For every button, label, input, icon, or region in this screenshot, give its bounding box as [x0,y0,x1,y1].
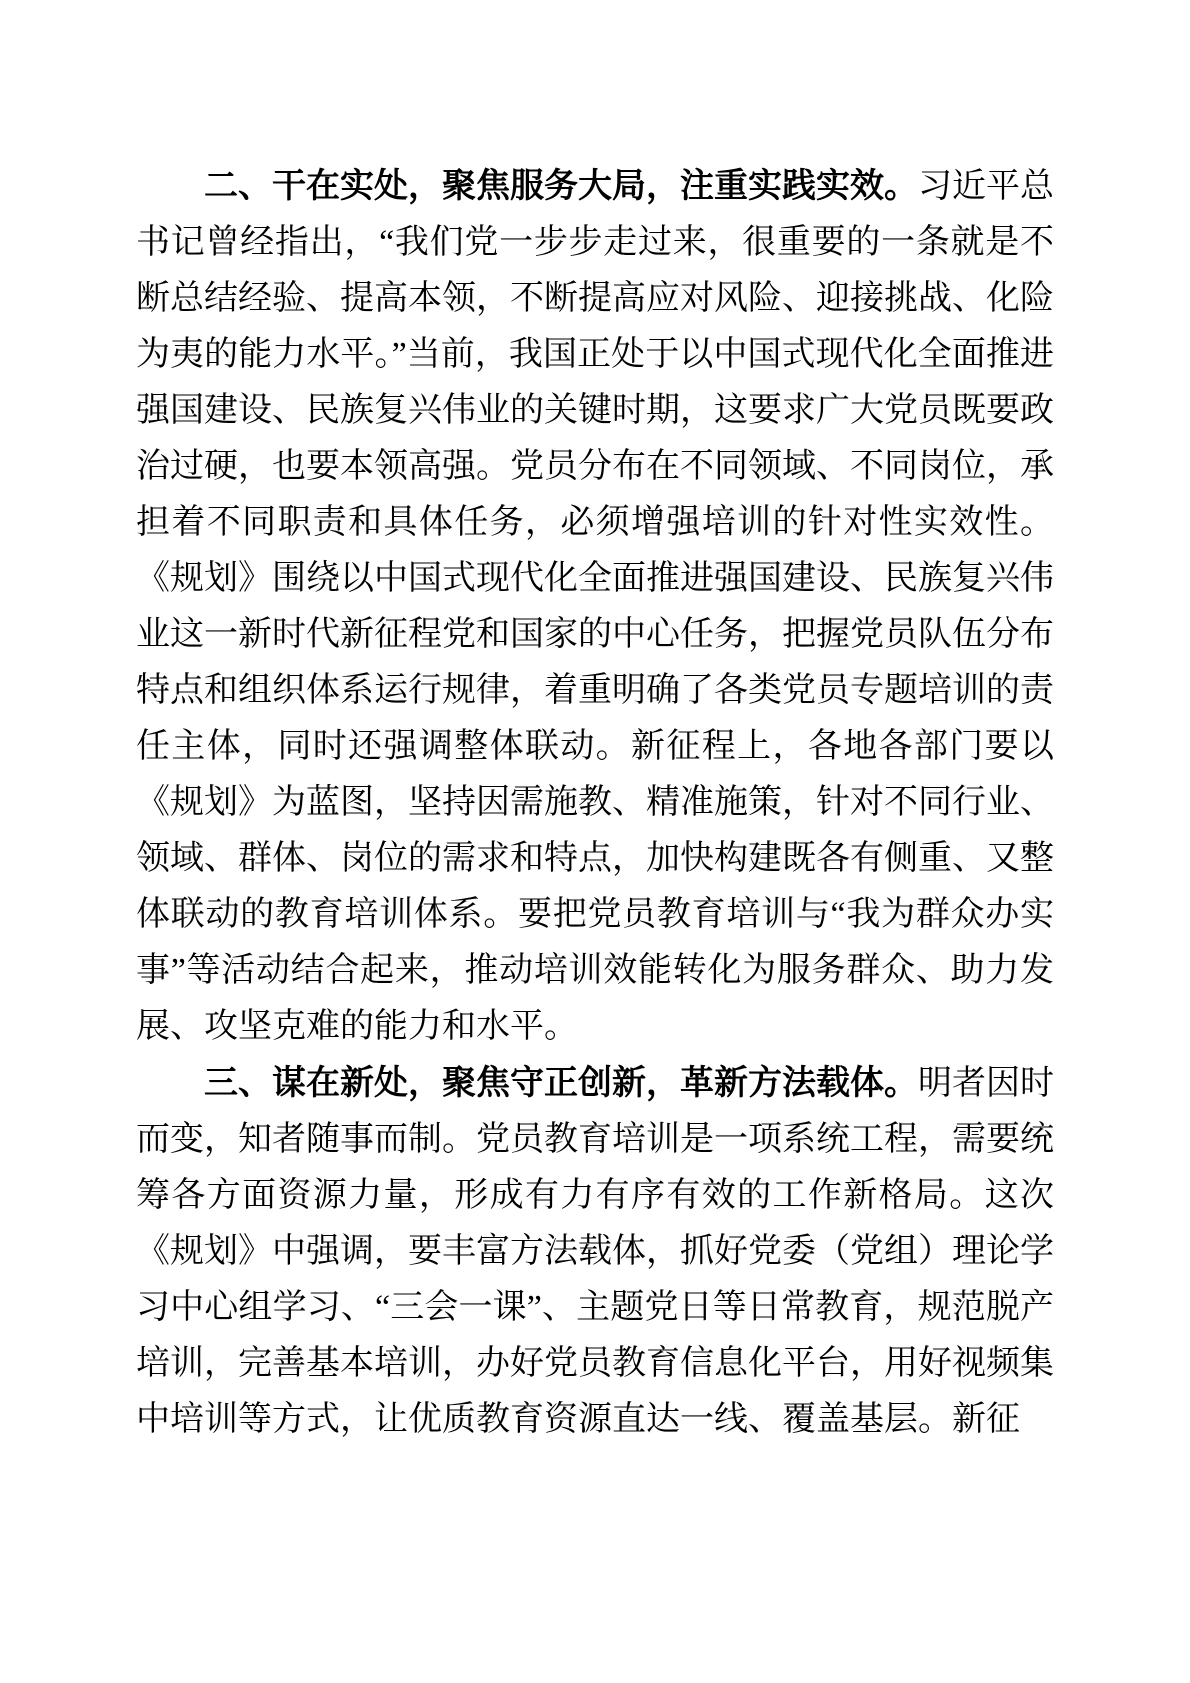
paragraph-body: 明者因时而变，知者随事而制。党员教育培训是一项系统工程，需要统筹各方面资源力量，… [136,1065,1054,1438]
document-page: 二、干在实处，聚焦服务大局，注重实践实效。习近平总书记曾经指出，“我们党一步步走… [0,0,1190,1683]
section-heading: 二、干在实处，聚焦服务大局，注重实践实效。 [204,167,918,205]
paragraph: 二、干在实处，聚焦服务大局，注重实践实效。习近平总书记曾经指出，“我们党一步步走… [136,158,1054,1055]
paragraph-body: 习近平总书记曾经指出，“我们党一步步走过来，很重要的一条就是不断总结经验、提高本… [136,168,1054,1045]
paragraph: 三、谋在新处，聚焦守正创新，革新方法载体。明者因时而变，知者随事而制。党员教育培… [136,1055,1054,1448]
section-heading: 三、谋在新处，聚焦守正创新，革新方法载体。 [204,1064,918,1102]
